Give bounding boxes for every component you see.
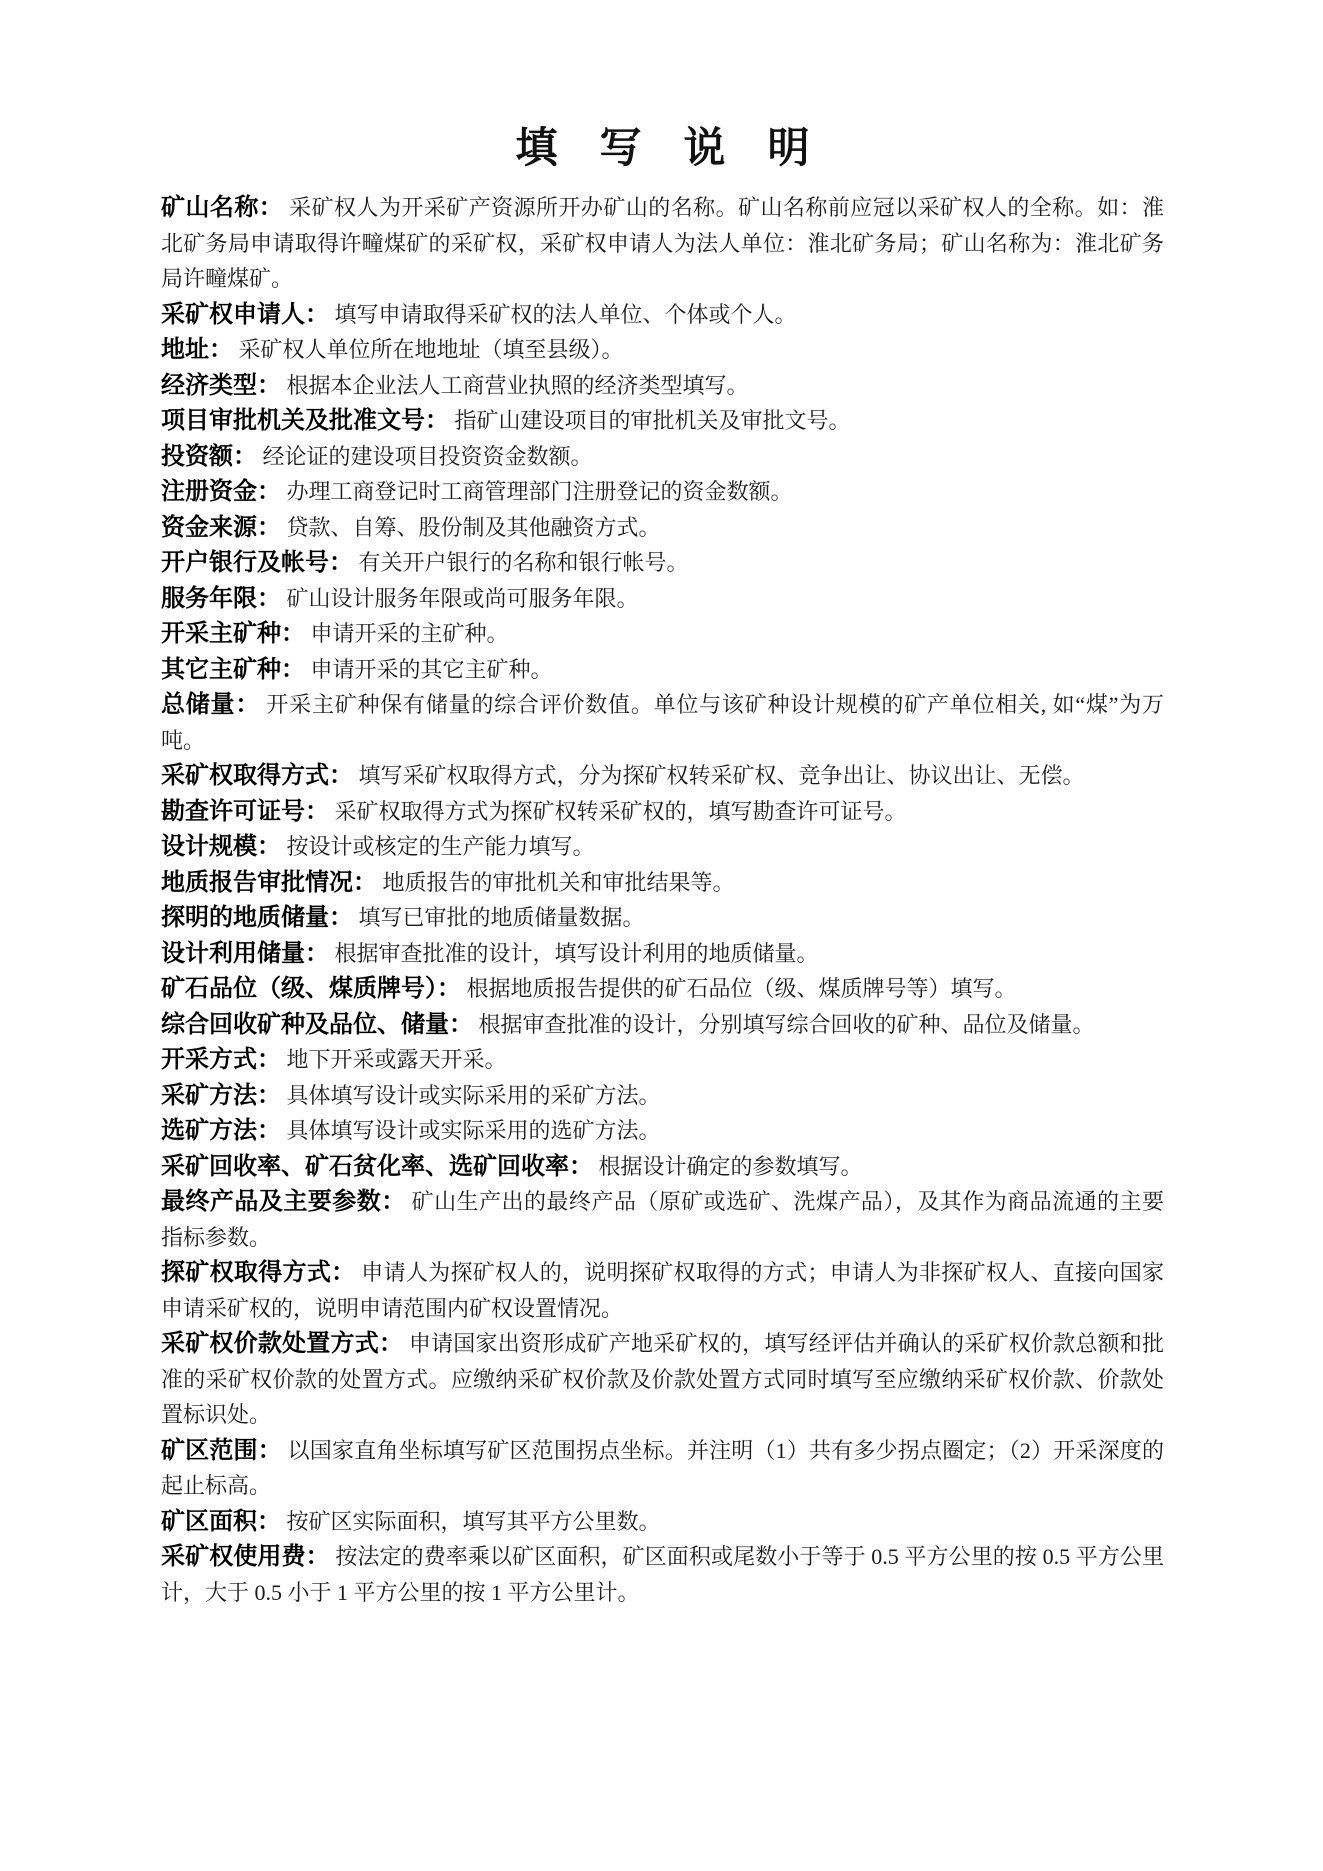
entry-term: 设计利用储量： — [161, 940, 329, 967]
entry-term: 其它主矿种： — [161, 656, 305, 683]
entry-term: 开户银行及帐号： — [161, 549, 353, 576]
entry-term: 最终产品及主要参数： — [161, 1188, 406, 1215]
entry-description: 填写申请取得采矿权的法人单位、个体或个人。 — [335, 302, 797, 327]
instruction-entry: 矿区范围： 以国家直角坐标填写矿区范围拐点坐标。并注明（1）共有多少拐点圈定；（… — [161, 1433, 1164, 1504]
entry-term: 开采主矿种： — [161, 620, 305, 647]
entry-term: 采矿权申请人： — [161, 301, 329, 328]
entry-term: 经济类型： — [161, 372, 281, 399]
entry-term: 矿区范围： — [161, 1437, 282, 1464]
entry-description: 办理工商登记时工商管理部门注册登记的资金数额。 — [287, 479, 793, 504]
instruction-entry: 其它主矿种： 申请开采的其它主矿种。 — [161, 652, 1164, 688]
entry-term: 总储量： — [161, 691, 260, 718]
entry-description: 填写已审批的地质储量数据。 — [359, 905, 645, 930]
instruction-entry: 探矿权取得方式： 申请人为探矿权人的，说明探矿权取得的方式；申请人为非探矿权人、… — [161, 1255, 1164, 1326]
instruction-entry: 地质报告审批情况： 地质报告的审批机关和审批结果等。 — [161, 865, 1164, 901]
entry-description: 地下开采或露天开采。 — [287, 1047, 507, 1072]
instruction-entry: 设计规模： 按设计或核定的生产能力填写。 — [161, 829, 1164, 865]
entry-description: 开采主矿种保有储量的综合评价数值。单位与该矿种设计规模的矿产单位相关, 如“煤”… — [161, 692, 1164, 753]
instruction-list: 矿山名称： 采矿权人为开采矿产资源所开办矿山的名称。矿山名称前应冠以采矿权人的全… — [161, 190, 1164, 1610]
entry-description: 申请开采的其它主矿种。 — [311, 657, 553, 682]
instruction-entry: 选矿方法： 具体填写设计或实际采用的选矿方法。 — [161, 1113, 1164, 1149]
entry-term: 采矿权取得方式： — [161, 762, 353, 789]
instruction-entry: 采矿回收率、矿石贫化率、选矿回收率： 根据设计确定的参数填写。 — [161, 1149, 1164, 1185]
instruction-entry: 总储量： 开采主矿种保有储量的综合评价数值。单位与该矿种设计规模的矿产单位相关,… — [161, 687, 1164, 758]
entry-term: 采矿回收率、矿石贫化率、选矿回收率： — [161, 1153, 593, 1180]
entry-term: 采矿权使用费： — [161, 1543, 330, 1570]
entry-term: 地质报告审批情况： — [161, 869, 377, 896]
document-content: 填写说明 矿山名称： 采矿权人为开采矿产资源所开办矿山的名称。矿山名称前应冠以采… — [161, 122, 1164, 1610]
entry-description: 根据审查批准的设计，填写设计利用的地质储量。 — [335, 941, 819, 966]
entry-term: 勘查许可证号： — [161, 798, 329, 825]
instruction-entry: 采矿权取得方式： 填写采矿权取得方式，分为探矿权转采矿权、竞争出让、协议出让、无… — [161, 758, 1164, 794]
entry-term: 地址： — [161, 336, 233, 363]
entry-description: 按矿区实际面积，填写其平方公里数。 — [287, 1509, 661, 1534]
entry-description: 指矿山建设项目的审批机关及审批文号。 — [455, 408, 851, 433]
entry-term: 综合回收矿种及品位、储量： — [161, 1011, 473, 1038]
document-page: 填写说明 矿山名称： 采矿权人为开采矿产资源所开办矿山的名称。矿山名称前应冠以采… — [0, 0, 1323, 1871]
entry-description: 经论证的建设项目投资资金数额。 — [263, 444, 593, 469]
instruction-entry: 注册资金： 办理工商登记时工商管理部门注册登记的资金数额。 — [161, 474, 1164, 510]
page-title: 填写说明 — [161, 122, 1164, 174]
entry-description: 具体填写设计或实际采用的采矿方法。 — [287, 1083, 661, 1108]
instruction-entry: 开采主矿种： 申请开采的主矿种。 — [161, 616, 1164, 652]
entry-description: 采矿权取得方式为探矿权转采矿权的，填写勘查许可证号。 — [335, 799, 907, 824]
instruction-entry: 矿区面积： 按矿区实际面积，填写其平方公里数。 — [161, 1504, 1164, 1540]
instruction-entry: 地址： 采矿权人单位所在地地址（填至县级）。 — [161, 332, 1164, 368]
entry-term: 选矿方法： — [161, 1117, 281, 1144]
instruction-entry: 开采方式： 地下开采或露天开采。 — [161, 1042, 1164, 1078]
instruction-entry: 勘查许可证号： 采矿权取得方式为探矿权转采矿权的，填写勘查许可证号。 — [161, 794, 1164, 830]
instruction-entry: 开户银行及帐号： 有关开户银行的名称和银行帐号。 — [161, 545, 1164, 581]
entry-term: 设计规模： — [161, 833, 281, 860]
entry-term: 采矿权价款处置方式： — [161, 1330, 403, 1357]
entry-description: 贷款、自筹、股份制及其他融资方式。 — [287, 515, 661, 540]
entry-description: 根据地质报告提供的矿石品位（级、煤质牌号等）填写。 — [467, 976, 1017, 1001]
instruction-entry: 矿山名称： 采矿权人为开采矿产资源所开办矿山的名称。矿山名称前应冠以采矿权人的全… — [161, 190, 1164, 297]
entry-description: 根据本企业法人工商营业执照的经济类型填写。 — [287, 373, 749, 398]
entry-description: 申请开采的主矿种。 — [311, 621, 509, 646]
entry-term: 探明的地质储量： — [161, 904, 353, 931]
entry-term: 矿石品位（级、煤质牌号）： — [161, 975, 461, 1002]
entry-description: 采矿权人为开采矿产资源所开办矿山的名称。矿山名称前应冠以采矿权人的全称。如：淮北… — [161, 195, 1164, 291]
instruction-entry: 采矿方法： 具体填写设计或实际采用的采矿方法。 — [161, 1078, 1164, 1114]
instruction-entry: 采矿权使用费： 按法定的费率乘以矿区面积，矿区面积或尾数小于等于 0.5 平方公… — [161, 1539, 1164, 1610]
instruction-entry: 项目审批机关及批准文号： 指矿山建设项目的审批机关及审批文号。 — [161, 403, 1164, 439]
entry-description: 采矿权人单位所在地地址（填至县级）。 — [239, 337, 624, 362]
entry-description: 按设计或核定的生产能力填写。 — [287, 834, 595, 859]
entry-term: 探矿权取得方式： — [161, 1259, 355, 1286]
entry-term: 投资额： — [161, 443, 257, 470]
entry-term: 矿区面积： — [161, 1508, 281, 1535]
entry-term: 服务年限： — [161, 585, 281, 612]
entry-term: 注册资金： — [161, 478, 281, 505]
instruction-entry: 采矿权价款处置方式： 申请国家出资形成矿产地采矿权的，填写经评估并确认的采矿权价… — [161, 1326, 1164, 1433]
instruction-entry: 投资额： 经论证的建设项目投资资金数额。 — [161, 439, 1164, 475]
entry-description: 具体填写设计或实际采用的选矿方法。 — [287, 1118, 661, 1143]
instruction-entry: 资金来源： 贷款、自筹、股份制及其他融资方式。 — [161, 510, 1164, 546]
entry-term: 开采方式： — [161, 1046, 281, 1073]
instruction-entry: 探明的地质储量： 填写已审批的地质储量数据。 — [161, 900, 1164, 936]
entry-description: 有关开户银行的名称和银行帐号。 — [359, 550, 689, 575]
instruction-entry: 矿石品位（级、煤质牌号）： 根据地质报告提供的矿石品位（级、煤质牌号等）填写。 — [161, 971, 1164, 1007]
entry-description: 填写采矿权取得方式，分为探矿权转采矿权、竞争出让、协议出让、无偿。 — [359, 763, 1085, 788]
instruction-entry: 最终产品及主要参数： 矿山生产出的最终产品（原矿或选矿、洗煤产品），及其作为商品… — [161, 1184, 1164, 1255]
instruction-entry: 综合回收矿种及品位、储量： 根据审查批准的设计，分别填写综合回收的矿种、品位及储… — [161, 1007, 1164, 1043]
entry-term: 项目审批机关及批准文号： — [161, 407, 449, 434]
entry-description: 根据审查批准的设计，分别填写综合回收的矿种、品位及储量。 — [479, 1012, 1095, 1037]
instruction-entry: 设计利用储量： 根据审查批准的设计，填写设计利用的地质储量。 — [161, 936, 1164, 972]
entry-description: 矿山设计服务年限或尚可服务年限。 — [287, 586, 639, 611]
entry-description: 以国家直角坐标填写矿区范围拐点坐标。并注明（1）共有多少拐点圈定；（2）开采深度… — [161, 1438, 1164, 1499]
entry-description: 根据设计确定的参数填写。 — [599, 1154, 863, 1179]
instruction-entry: 采矿权申请人： 填写申请取得采矿权的法人单位、个体或个人。 — [161, 297, 1164, 333]
entry-description: 地质报告的审批机关和审批结果等。 — [383, 870, 735, 895]
entry-term: 资金来源： — [161, 514, 281, 541]
entry-term: 矿山名称： — [161, 194, 283, 221]
instruction-entry: 经济类型： 根据本企业法人工商营业执照的经济类型填写。 — [161, 368, 1164, 404]
entry-term: 采矿方法： — [161, 1082, 281, 1109]
instruction-entry: 服务年限： 矿山设计服务年限或尚可服务年限。 — [161, 581, 1164, 617]
